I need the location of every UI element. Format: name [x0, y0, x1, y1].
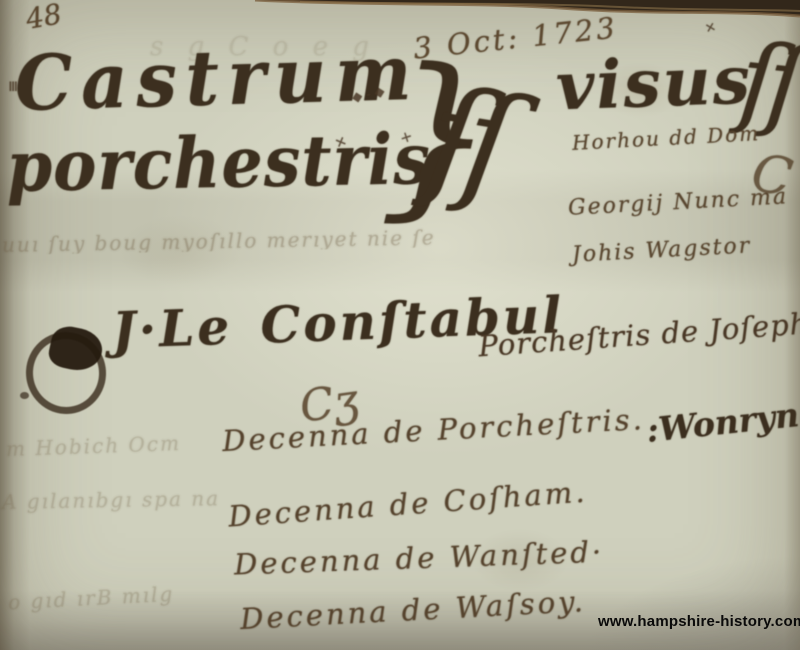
watermark-url: www.hampshire-history.com — [598, 613, 800, 630]
marginal-line: Horhou dd Dom — [572, 123, 761, 153]
tithing-row: Decenna de Waſsoy. — [239, 587, 586, 634]
visus-ff-flourish: ſſ — [735, 29, 799, 134]
marginal-swash: C — [748, 147, 796, 205]
manuscript-photo: s g C o e g uuı ſuy boug myoſıllo merıye… — [0, 0, 800, 650]
pen-mark: + — [701, 18, 719, 37]
marginal-line: Johis Wagstor — [572, 235, 752, 266]
folio-number: 48 — [24, 0, 64, 34]
ghost-line: o gıd ırB mılg — [8, 584, 175, 613]
tithing-row: Decenna de Wanſted· — [234, 538, 605, 580]
ghost-line: A gılanıbgı spa na — [2, 488, 220, 512]
tithing-row: Decenna de Coſham. — [227, 477, 588, 531]
tithing-row-note: :Wonryngf — [645, 394, 800, 447]
ink-speck — [20, 392, 29, 399]
heading-line1: Castrum — [14, 35, 421, 122]
tithing-row: Decenna de Porcheſtris. — [222, 405, 646, 456]
pen-mark: ııı — [8, 78, 16, 95]
visus-heading: visus — [555, 47, 753, 120]
heading-line2: porchestris — [6, 124, 431, 202]
ghost-line: m Hobich Ocm — [6, 433, 182, 459]
handwriting-layer: s g C o e g uuı ſuy boug myoſıllo merıye… — [0, 0, 800, 650]
